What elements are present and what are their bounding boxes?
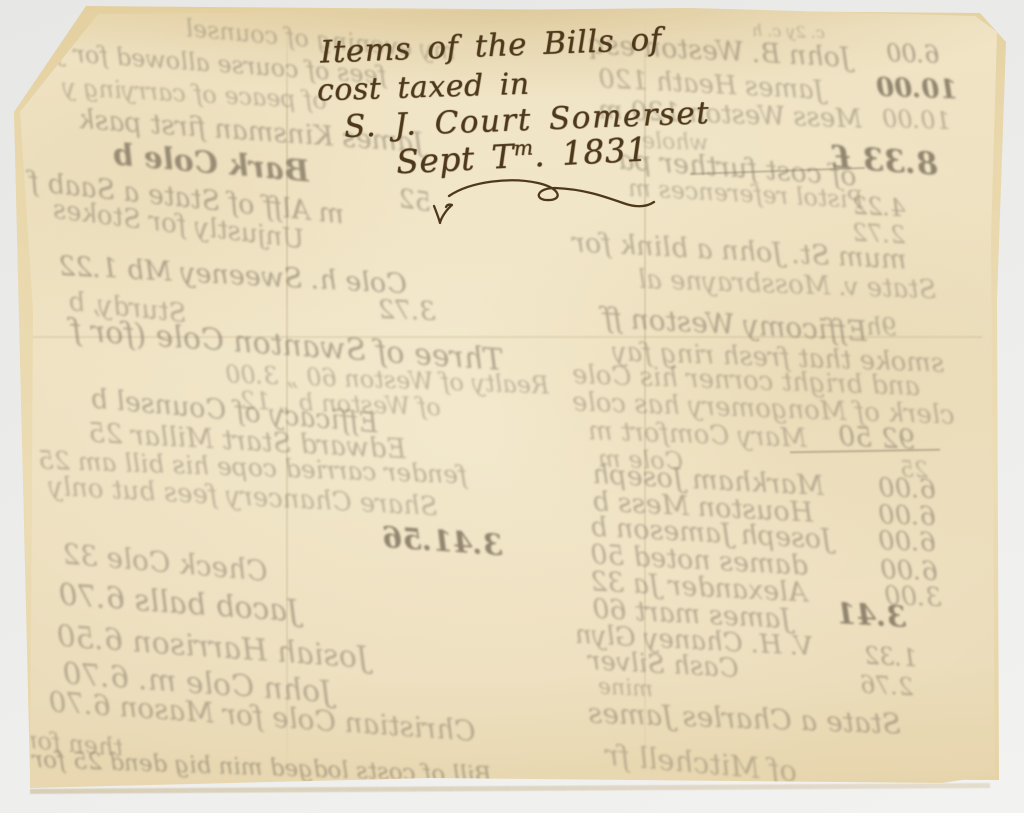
document-page: my evening of counselfees of course allo… xyxy=(0,0,1024,813)
bleedthrough-line: State a Charles James xyxy=(588,697,902,741)
bleedthrough-line: 2.76 xyxy=(859,671,914,702)
bleedthrough-line: 1.32 xyxy=(863,642,918,673)
bleedthrough-line: 3.72 xyxy=(377,295,436,327)
title-line-1: Items of the Bills of xyxy=(319,21,662,70)
bleedthrough-line: 4.22 xyxy=(851,192,906,223)
flourish-swash-icon xyxy=(445,176,660,212)
date-term-abbr: Tm. xyxy=(491,135,546,177)
bleedthrough-line: of Mitchell fr xyxy=(604,738,799,789)
bleedthrough-line: 6.00 xyxy=(877,526,936,558)
bleedthrough-line: 10.00 xyxy=(876,73,958,106)
bleedthrough-line: 52 xyxy=(396,184,433,218)
bleedthrough-line: 10.00 xyxy=(882,105,952,135)
bleedthrough-line: 8.33 £ xyxy=(829,139,939,182)
date-year: 1831 xyxy=(561,129,649,172)
page-bottom-edge xyxy=(30,783,990,794)
bleedthrough-line: Bill of costs lodged min big dend 25 for xyxy=(32,747,492,789)
scan-background: my evening of counselfees of course allo… xyxy=(0,0,1024,813)
bleedthrough-line: 6.00 xyxy=(886,39,940,69)
check-mark-icon xyxy=(430,202,456,228)
bleedthrough-line: 3.41 xyxy=(835,596,907,634)
bleedthrough-line: 3.41.56 xyxy=(381,520,504,562)
bleedthrough-line: 9h xyxy=(866,312,898,341)
